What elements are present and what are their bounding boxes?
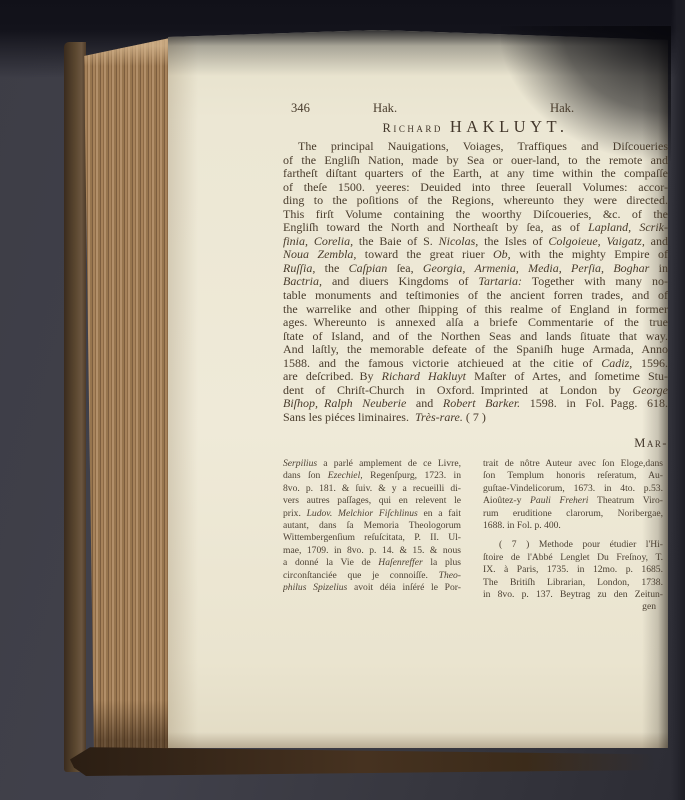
text-line: ſtate of Island, and of the Northen Seas… — [283, 330, 668, 344]
text-line: table monuments and teſtimonies of the a… — [283, 289, 668, 303]
text-line: fartheſt diſtant quarters of the Earth, … — [283, 167, 668, 181]
text-line: circonſtanciée que je connoiſſe. Theo- — [283, 570, 461, 582]
text-line: Ruſſia, the Caſpian ſea, Georgia, Armeni… — [283, 262, 668, 276]
text-line: of the Engliſh Nation, made by Sea or ou… — [283, 154, 668, 168]
text-line: a donné la Vie de Haſenreffer la plus — [283, 557, 461, 569]
main-paragraph: The principal Nauigations, Voiages, Traf… — [283, 140, 668, 424]
page-header: 346 Hak. Hak. — [283, 101, 668, 116]
text-line: Wittembergenſium reſuſcitata, P. II. Ul- — [283, 532, 461, 544]
entry-title-firstname: Richard — [383, 121, 443, 135]
text-line: ſtoire de l'Abbé Lenglet Du Freſnoy, T. — [483, 552, 663, 564]
text-line: prix. Ludov. Melchior Fiſchlinus en a fa… — [283, 508, 461, 520]
text-line: rum eruditione clarorum, Noribergae, — [483, 508, 663, 520]
scanned-book-photo: 346 Hak. Hak. RichardHAKLUYT. The princi… — [0, 0, 685, 800]
text-line: of theſe 1500. yeeres: Deuided into thre… — [283, 181, 668, 195]
text-line: Bactria, and diuers Kingdoms of Tartaria… — [283, 275, 668, 289]
text-line: And laſtly, the memorable defeate of the… — [283, 343, 668, 357]
text-line: trait de nôtre Auteur avec ſon Eloge,dan… — [483, 458, 663, 470]
running-head-left: Hak. — [373, 101, 397, 116]
text-line: 8vo. p. 181. & ſuiv. & y a recueilli di- — [283, 483, 461, 495]
running-head-right: Hak. — [550, 101, 574, 116]
text-line: dent of Chriſt-Church in Oxford. Imprint… — [283, 384, 668, 398]
book-fore-edge-pages — [84, 36, 170, 750]
text-line: Biſhop, Ralph Neuberie and Robert Barker… — [283, 397, 668, 411]
text-line: Engliſh toward the North and Northeaſt b… — [283, 221, 668, 235]
text-line: Noua Zembla, toward the great riuer Ob, … — [283, 248, 668, 262]
text-line: ſon Templum honoris reſeratum, Au- — [483, 470, 663, 482]
text-line: the warrelike and other ſhipping of this… — [283, 303, 668, 317]
text-line: IX. à Paris, 1735. in 12mo. p. 1685. — [483, 564, 663, 576]
page-number: 346 — [291, 101, 310, 116]
text-line: 1588. and the famous victorie atchieued … — [283, 357, 668, 371]
text-line: mae, 1709. in 8vo. p. 14. & 15. & nous — [283, 545, 461, 557]
text-line: Sans les piéces liminaires. Très-rare. (… — [283, 411, 668, 425]
text-line: ( 7 ) Methode pour étudier l'Hi- — [483, 539, 663, 551]
entry-title-surname: HAKLUYT. — [450, 117, 569, 136]
footnote-column-left: Serpilius a parlé amplement de ce Livre,… — [283, 458, 461, 594]
text-line: guſtae-Vindelicorum, 1673. in 4to. p.53. — [483, 483, 663, 495]
footnote-catchword: gen — [483, 601, 663, 613]
text-line: finia, Corelia, the Baie of S. Nicolas, … — [283, 235, 668, 249]
text-line: vers autres paſſages, qui en relevent le — [283, 495, 461, 507]
footnote-column-right: trait de nôtre Auteur avec ſon Eloge,dan… — [483, 458, 663, 614]
text-line: dans ſon Ezechiel, Regenſpurg, 1723. in — [283, 470, 461, 482]
text-line: The principal Nauigations, Voiages, Traf… — [283, 140, 668, 154]
text-line: in 8vo. p. 137. Beytrag zu den Zeitun- — [483, 589, 663, 601]
text-line: autant, dans ſa Memoria Theologorum — [283, 520, 461, 532]
text-line: The Britiſh Librarian, London, 1738. — [483, 577, 663, 589]
text-line: ages. Whereunto is annexed alſa a briefe… — [283, 316, 668, 330]
footnote-right-para1: trait de nôtre Auteur avec ſon Eloge,dan… — [483, 458, 663, 532]
entry-title: RichardHAKLUYT. — [283, 117, 668, 137]
book-spine-edge — [64, 42, 86, 772]
photo-right-shadow — [671, 0, 685, 800]
text-line: Serpilius a parlé amplement de ce Livre, — [283, 458, 461, 470]
catchword: Mar- — [548, 436, 668, 451]
text-line: 1688. in Fol. p. 400. — [483, 520, 663, 532]
footnote-right-para2: ( 7 ) Methode pour étudier l'Hi-ſtoire d… — [483, 539, 663, 601]
text-line: philus Spizelius avoit déia inſéré le Po… — [283, 582, 461, 594]
text-line: are deſcribed. By Richard Hakluyt Maſter… — [283, 370, 668, 384]
text-line: This firſt Volume containing the woorthy… — [283, 208, 668, 222]
text-line: Aioûtez-y Pauli Freheri Theatrum Viro- — [483, 495, 663, 507]
printed-text-layer: 346 Hak. Hak. RichardHAKLUYT. The princi… — [283, 0, 683, 800]
text-line: ding to the poſitions of the Regions, wh… — [283, 194, 668, 208]
